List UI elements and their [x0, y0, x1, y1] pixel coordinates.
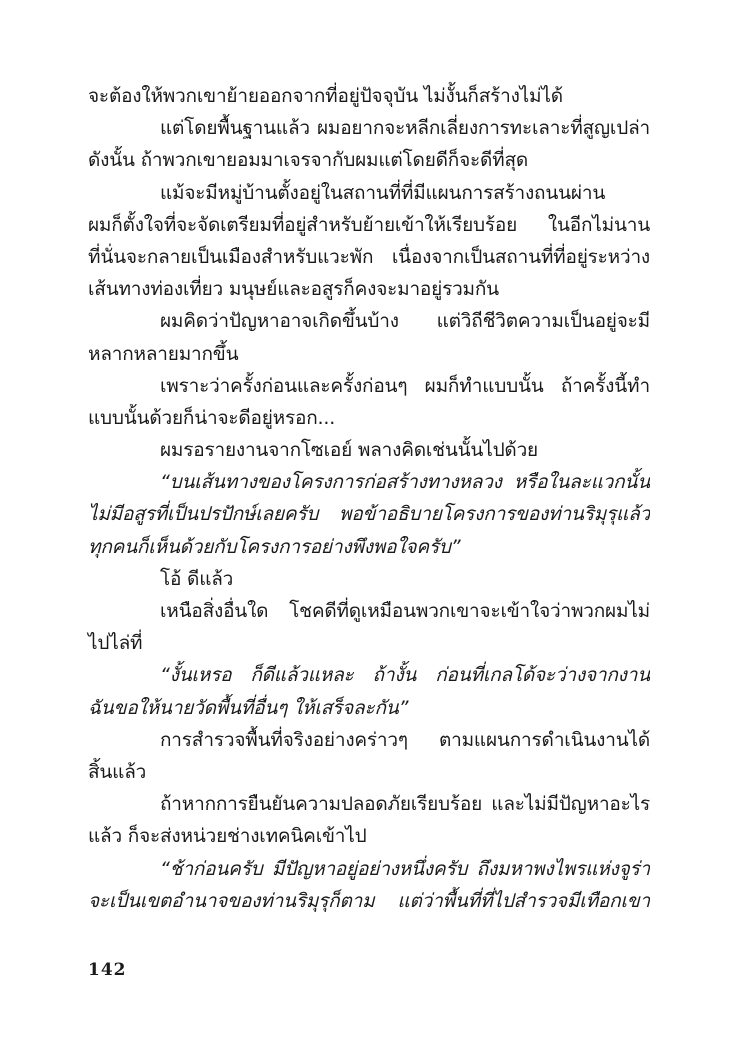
text-line: เส้นทางท่องเที่ยว มนุษย์และอสูรก็คงจะมาอ…	[88, 273, 650, 305]
book-page-body: จะต้องให้พวกเขาย้ายออกจากที่อยู่ปัจจุบัน…	[88, 80, 650, 917]
dialogue-line: ไม่มีอสูรที่เป็นปรปักษ์เลยครับ พอข้าอธิบ…	[88, 498, 650, 530]
text-line: การสำรวจพื้นที่จริงอย่างคร่าวๆ ตามแผนการ…	[88, 724, 650, 756]
dialogue-line: “งั้นเหรอ ก็ดีแล้วแหละ ถ้างั้น ก่อนที่เก…	[88, 659, 650, 691]
text-line: สิ้นแล้ว	[88, 756, 650, 788]
dialogue-line: ฉันขอให้นายวัดพื้นที่อื่นๆ ให้เสร็จละกัน…	[88, 692, 650, 724]
text-line: แล้ว ก็จะส่งหน่วยช่างเทคนิคเข้าไป	[88, 820, 650, 852]
text-line: ไปไล่ที่	[88, 627, 650, 659]
dialogue-line: “บนเส้นทางของโครงการก่อสร้างทางหลวง หรือ…	[88, 466, 650, 498]
text-line: จะต้องให้พวกเขาย้ายออกจากที่อยู่ปัจจุบัน…	[88, 80, 650, 112]
text-line: แม้จะมีหมู่บ้านตั้งอยู่ในสถานที่ที่มีแผน…	[88, 177, 650, 209]
text-line: ดังนั้น ถ้าพวกเขายอมมาเจรจากับผมแต่โดยดี…	[88, 144, 650, 176]
text-line: ผมก็ตั้งใจที่จะจัดเตรียมที่อยู่สำหรับย้า…	[88, 209, 650, 241]
text-line: แบบนั้นด้วยก็น่าจะดีอยู่หรอก...	[88, 402, 650, 434]
text-line: โอ้ ดีแล้ว	[88, 563, 650, 595]
text-line: ผมคิดว่าปัญหาอาจเกิดขึ้นบ้าง แต่วิถีชีวิ…	[88, 305, 650, 337]
dialogue-line: “ช้าก่อนครับ มีปัญหาอยู่อย่างหนึ่งครับ ถ…	[88, 853, 650, 885]
text-line: ที่นั่นจะกลายเป็นเมืองสำหรับแวะพัก เนื่อ…	[88, 241, 650, 273]
text-line: เหนือสิ่งอื่นใด โชคดีที่ดูเหมือนพวกเขาจะ…	[88, 595, 650, 627]
dialogue-line: ทุกคนก็เห็นด้วยกับโครงการอย่างพึงพอใจครั…	[88, 531, 650, 563]
text-line: เพราะว่าครั้งก่อนและครั้งก่อนๆ ผมก็ทำแบบ…	[88, 370, 650, 402]
text-line: แต่โดยพื้นฐานแล้ว ผมอยากจะหลีกเลี่ยงการท…	[88, 112, 650, 144]
text-line: ผมรอรายงานจากโซเอย์ พลางคิดเช่นนั้นไปด้ว…	[88, 434, 650, 466]
text-line: ถ้าหากการยืนยันความปลอดภัยเรียบร้อย และไ…	[88, 788, 650, 820]
text-line: หลากหลายมากขึ้น	[88, 338, 650, 370]
dialogue-line: จะเป็นเขตอำนาจของท่านริมุรุก็ตาม แต่ว่าพ…	[88, 885, 650, 917]
page-number: 142	[88, 960, 127, 980]
